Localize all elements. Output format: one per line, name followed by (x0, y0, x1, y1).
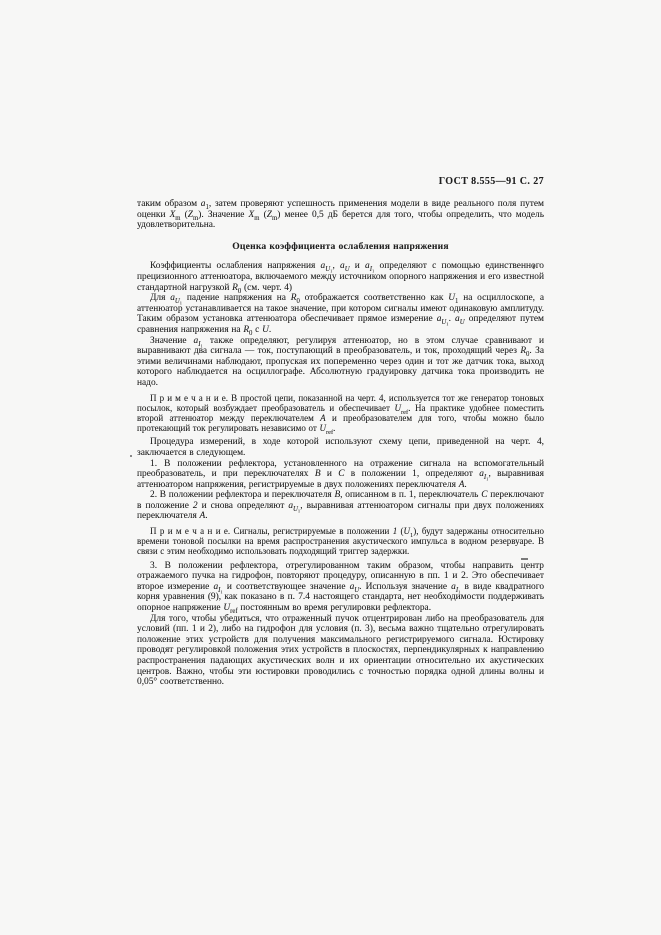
numbered-paragraph: 2. В положении рефлектора и переключател… (137, 490, 544, 522)
document-body: таким образом a1, затем проверяют успешн… (137, 199, 544, 688)
section-heading: Оценка коэффициента ослабления напряжени… (137, 242, 544, 253)
body-paragraph: Процедура измерений, в ходе которой испо… (137, 437, 544, 458)
note-paragraph: П р и м е ч а н и е. Сигналы, регистриру… (137, 526, 544, 557)
note-paragraph: П р и м е ч а н и е. В простой цепи, пок… (137, 393, 544, 434)
body-paragraph: Для aU₁ падение напряжения на R0 отображ… (137, 293, 544, 335)
numbered-paragraph: 3. В положении рефлектора, отрегулирован… (137, 561, 544, 614)
body-paragraph: Коэффициенты ослабления напряжения aU₁, … (137, 261, 544, 293)
page-header: ГОСТ 8.555—91 С. 27 (137, 176, 544, 187)
body-paragraph: Значение aI₁ также определяют, регулируя… (137, 336, 544, 389)
numbered-paragraph: 1. В положении рефлектора, установленног… (137, 459, 544, 491)
scanned-document-page: ГОСТ 8.555—91 С. 27 таким образом a1, за… (0, 0, 661, 935)
paragraph-continuation: таким образом a1, затем проверяют успешн… (137, 199, 544, 231)
body-paragraph: Для того, чтобы убедиться, что отраженны… (137, 614, 544, 688)
scan-artifact (130, 455, 132, 457)
text-column: ГОСТ 8.555—91 С. 27 таким образом a1, за… (137, 176, 544, 688)
